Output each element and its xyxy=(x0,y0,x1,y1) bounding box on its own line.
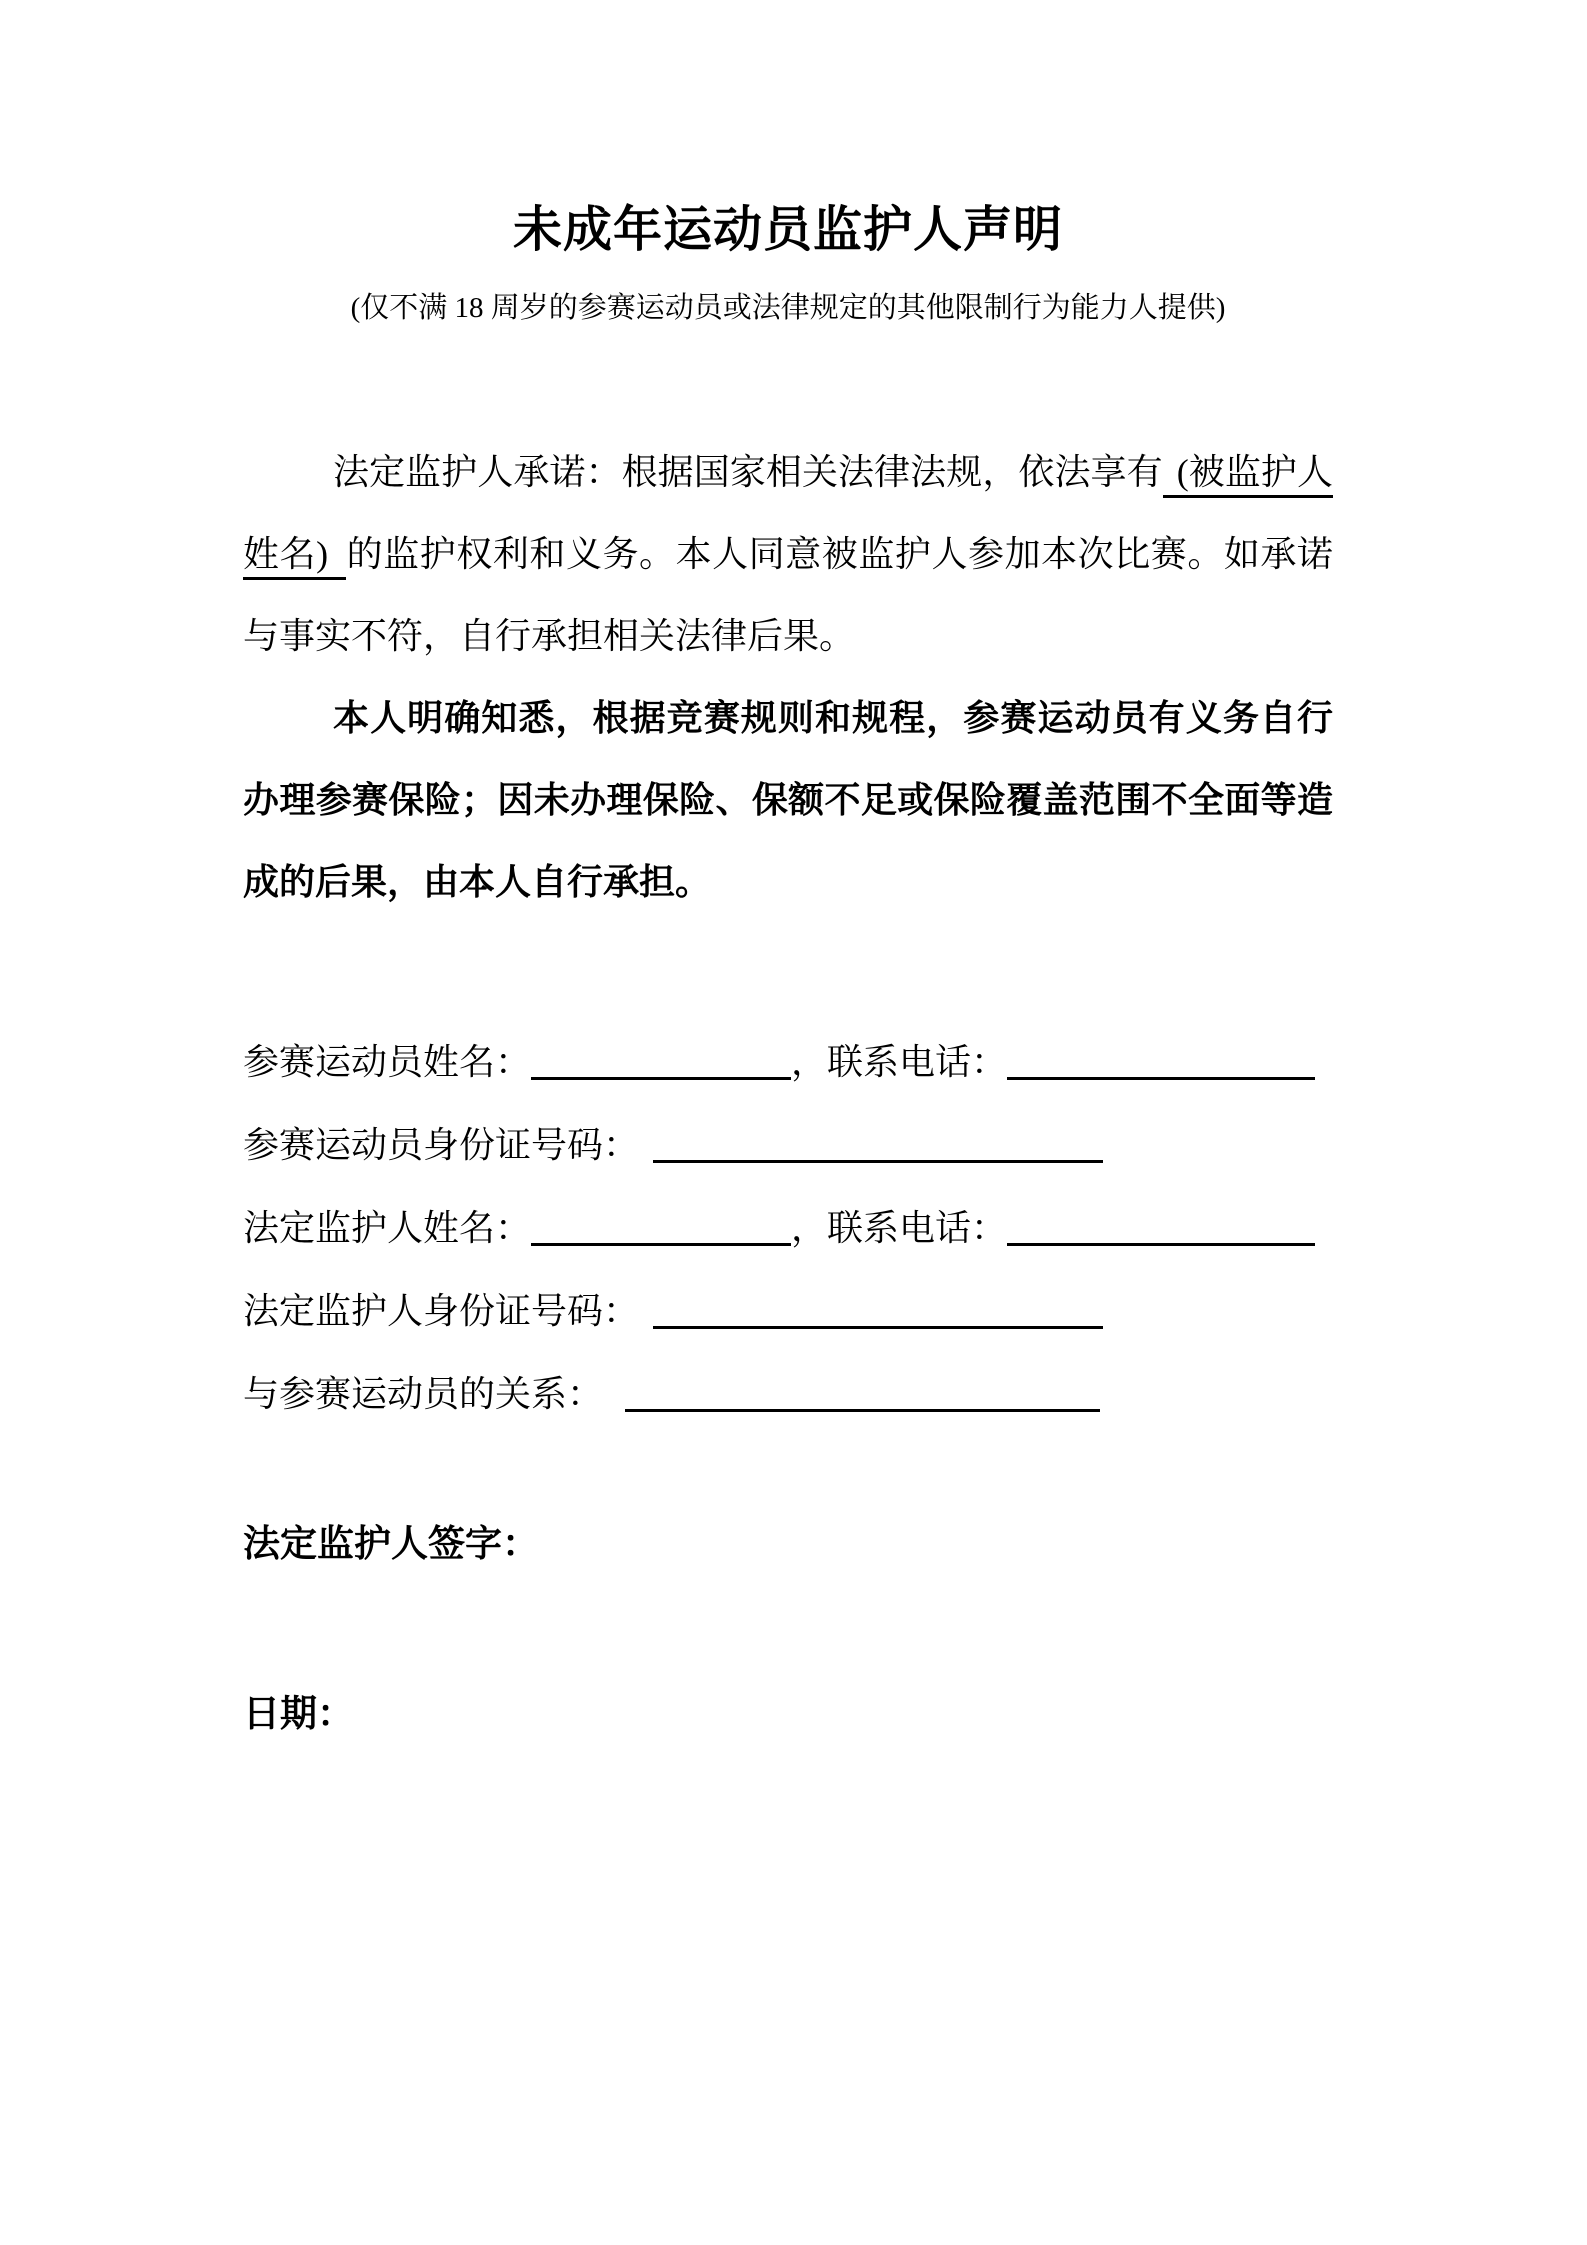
fill-in-form-section: 参赛运动员姓名：，联系电话： 参赛运动员身份证号码： 法定监护人姓名：，联系电话… xyxy=(243,1021,1333,1436)
form-row-relationship: 与参赛运动员的关系： xyxy=(243,1353,1333,1436)
guardian-phone-label: 联系电话： xyxy=(827,1208,1007,1248)
comma-separator: ， xyxy=(791,1208,827,1248)
guardian-commitment-paragraph: 法定监护人承诺：根据国家相关法律法规，依法享有(被监护人姓名)的监护权利和义务。… xyxy=(243,431,1333,677)
commitment-text-before: 法定监护人承诺：根据国家相关法律法规，依法享有 xyxy=(333,452,1163,492)
athlete-phone-blank xyxy=(1007,1046,1315,1080)
document-subtitle: (仅不满 18 周岁的参赛运动员或法律规定的其他限制行为能力人提供) xyxy=(243,289,1333,327)
document-page: 未成年运动员监护人声明 (仅不满 18 周岁的参赛运动员或法律规定的其他限制行为… xyxy=(0,0,1587,2245)
guardian-signature-row: 法定监护人签字： xyxy=(243,1504,1333,1586)
athlete-name-label: 参赛运动员姓名： xyxy=(243,1042,531,1082)
relationship-blank xyxy=(625,1378,1100,1412)
athlete-phone-label: 联系电话： xyxy=(827,1042,1007,1082)
form-row-guardian-id: 法定监护人身份证号码： xyxy=(243,1270,1333,1353)
insurance-notice-paragraph: 本人明确知悉，根据竞赛规则和规程，参赛运动员有义务自行办理参赛保险；因未办理保险… xyxy=(243,677,1333,923)
comma-separator: ， xyxy=(791,1042,827,1082)
date-row: 日期： xyxy=(243,1674,1333,1756)
guardian-signature-label: 法定监护人签字： xyxy=(243,1524,539,1565)
guardian-name-blank xyxy=(531,1212,791,1246)
guardian-name-label: 法定监护人姓名： xyxy=(243,1208,531,1248)
guardian-id-label: 法定监护人身份证号码： xyxy=(243,1291,639,1331)
athlete-id-label: 参赛运动员身份证号码： xyxy=(243,1125,639,1165)
date-label: 日期： xyxy=(243,1694,354,1735)
guardian-phone-blank xyxy=(1007,1212,1315,1246)
commitment-text-after: 的监护权利和义务。本人同意被监护人参加本次比赛。如承诺与事实不符，自行承担相关法… xyxy=(243,534,1333,656)
form-row-athlete-id: 参赛运动员身份证号码： xyxy=(243,1104,1333,1187)
relationship-label: 与参赛运动员的关系： xyxy=(243,1374,603,1414)
document-title: 未成年运动员监护人声明 xyxy=(243,203,1333,257)
form-row-athlete-name-phone: 参赛运动员姓名：，联系电话： xyxy=(243,1021,1333,1104)
form-row-guardian-name-phone: 法定监护人姓名：，联系电话： xyxy=(243,1187,1333,1270)
guardian-id-blank xyxy=(653,1295,1103,1329)
athlete-name-blank xyxy=(531,1046,791,1080)
document-content: 未成年运动员监护人声明 (仅不满 18 周岁的参赛运动员或法律规定的其他限制行为… xyxy=(0,203,1333,1756)
athlete-id-blank xyxy=(653,1129,1103,1163)
